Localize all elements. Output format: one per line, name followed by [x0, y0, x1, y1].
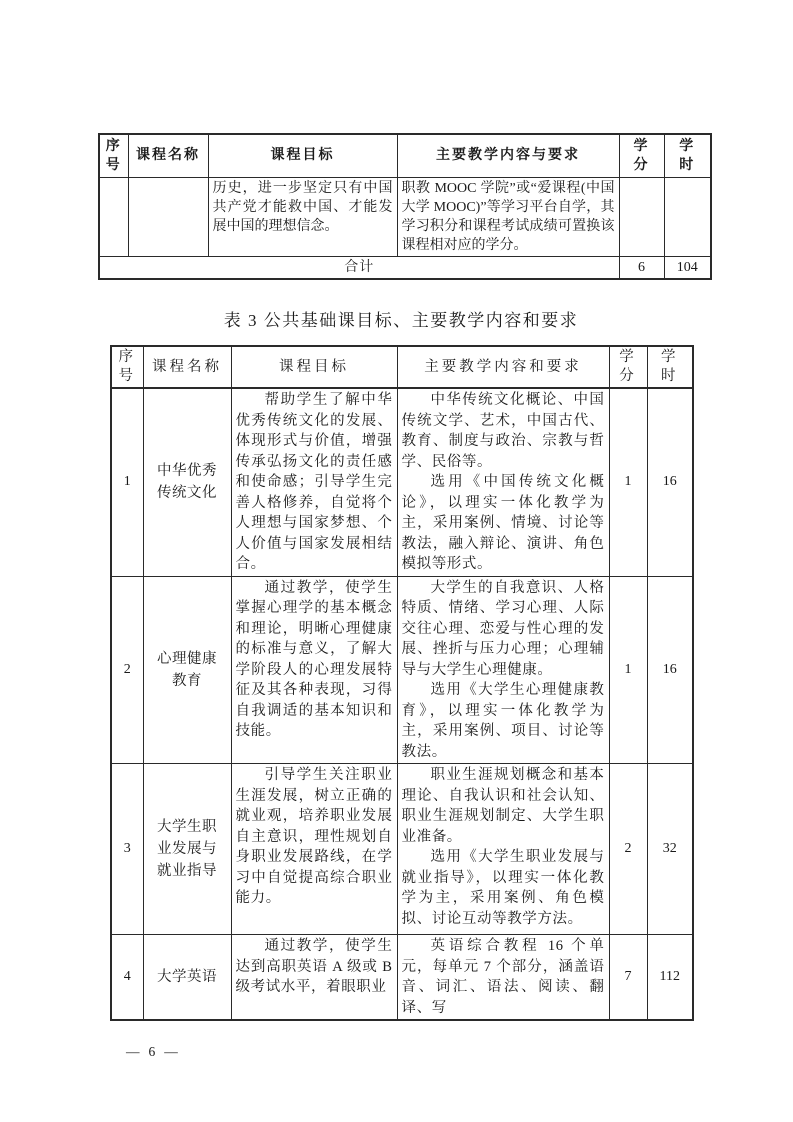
content-paragraph-1: 大学生的自我意识、人格特质、情绪、学习心理、人际交往心理、恋爱与性心理的发展、挫… [402, 578, 605, 681]
teaching-content-cell: 职业生涯规划概念和基本理论、自我认识和社会认知、职业生涯规划制定、大学生职业准备… [397, 764, 609, 935]
teaching-content-cell: 中华传统文化概论、中国传统文学、艺术，中国古代、教育、制度与政治、宗教与哲学、民… [397, 388, 609, 576]
header-course-name: 课程名称 [143, 346, 231, 388]
course-name-cell: 大学生职 业发展与 就业指导 [143, 764, 231, 935]
course-objective-cell: 历史，进一步坚定只有中国共产党才能救中国、才能发展中国的理想信念。 [208, 177, 397, 256]
header-credits: 学 分 [609, 346, 647, 388]
content-paragraph-1: 英语综合教程 16 个单元，每单元 7 个部分，涵盖语音、词汇、语法、阅读、翻译… [402, 936, 605, 1018]
course-name-cell: 中华优秀 传统文化 [143, 388, 231, 576]
hours-cell: 112 [647, 935, 693, 1021]
total-label: 合计 [99, 256, 619, 279]
hours-cell: 16 [647, 576, 693, 764]
credits-cell: 7 [609, 935, 647, 1021]
header-teaching-content: 主要教学内容与要求 [397, 134, 619, 177]
table-header-row: 序 号 课程名称 课程目标 主要教学内容和要求 学 分 学 时 [111, 346, 693, 388]
credits-cell: 2 [609, 764, 647, 935]
footer-dash-right: — [164, 1044, 178, 1060]
course-objective-cell: 引导学生关注职业生涯发展，树立正确的就业观，培养职业发展自主意识，理性规划自身职… [231, 764, 397, 935]
seq-cell: 3 [111, 764, 143, 935]
credits-cell: 1 [609, 388, 647, 576]
course-objective-cell: 帮助学生了解中华优秀传统文化的发展、体现形式与价值，增强传承弘扬文化的责任感和使… [231, 388, 397, 576]
seq-cell: 2 [111, 576, 143, 764]
course-name-cell: 大学英语 [143, 935, 231, 1021]
content-paragraph-2: 选用《中国传统文化概论》，以理实一体化教学为主，采用案例、情境、讨论等教法，融入… [402, 472, 605, 575]
header-credits: 学 分 [619, 134, 664, 177]
teaching-content-cell: 大学生的自我意识、人格特质、情绪、学习心理、人际交往心理、恋爱与性心理的发展、挫… [397, 576, 609, 764]
page-footer: — 6 — [126, 1044, 178, 1060]
footer-dash-left: — [126, 1044, 140, 1060]
content-paragraph-2: 选用《大学生心理健康教育》，以理实一体化教学为主，采用案例、项目、讨论等教法。 [402, 680, 605, 762]
continuation-table: 序 号 课程名称 课程目标 主要教学内容与要求 学 分 学 时 历史，进一步坚定… [98, 133, 712, 280]
course-name-cell-empty [128, 177, 208, 256]
header-course-objective: 课程目标 [231, 346, 397, 388]
content-paragraph-1: 职业生涯规划概念和基本理论、自我认识和社会认知、职业生涯规划制定、大学生职业准备… [402, 765, 605, 847]
document-page: 序 号 课程名称 课程目标 主要教学内容与要求 学 分 学 时 历史，进一步坚定… [0, 0, 793, 1122]
content-paragraph-2: 选用《大学生职业发展与就业指导》，以理实一体化教学为主，采用案例、角色模拟、讨论… [402, 847, 605, 929]
seq-cell: 4 [111, 935, 143, 1021]
total-row: 合计 6 104 [99, 256, 711, 279]
objective-text: 历史，进一步坚定只有中国共产党才能救中国、才能发展中国的理想信念。 [213, 179, 393, 236]
teaching-content-cell: 职教 MOOC 学院”或“爱课程(中国大学 MOOC)”等学习平台自学，其学习积… [397, 177, 619, 256]
total-hours: 104 [664, 256, 711, 279]
course-name-cell: 心理健康 教育 [143, 576, 231, 764]
header-course-name: 课程名称 [128, 134, 208, 177]
total-credits: 6 [619, 256, 664, 279]
objective-text: 引导学生关注职业生涯发展，树立正确的就业观，培养职业发展自主意识，理性规划自身职… [236, 765, 393, 909]
seq-cell-empty [99, 177, 128, 256]
objective-text: 通过教学，使学生达到高职英语 A 级或 B 级考试水平，着眼职业 [236, 936, 393, 998]
credits-cell-empty [619, 177, 664, 256]
header-hours: 学 时 [647, 346, 693, 388]
hours-cell-empty [664, 177, 711, 256]
table-header-row: 序 号 课程名称 课程目标 主要教学内容与要求 学 分 学 时 [99, 134, 711, 177]
course-objective-cell: 通过教学，使学生达到高职英语 A 级或 B 级考试水平，着眼职业 [231, 935, 397, 1021]
objective-text: 通过教学，使学生掌握心理学的基本概念和理论，明晰心理健康的标准与意义，了解大学阶… [236, 578, 393, 742]
table3: 序 号 课程名称 课程目标 主要教学内容和要求 学 分 学 时 1 中华优秀 传… [110, 345, 694, 1021]
teaching-content-cell: 英语综合教程 16 个单元，每单元 7 个部分，涵盖语音、词汇、语法、阅读、翻译… [397, 935, 609, 1021]
hours-cell: 32 [647, 764, 693, 935]
table-row: 历史，进一步坚定只有中国共产党才能救中国、才能发展中国的理想信念。 职教 MOO… [99, 177, 711, 256]
credits-cell: 1 [609, 576, 647, 764]
header-hours: 学 时 [664, 134, 711, 177]
content-text: 职教 MOOC 学院”或“爱课程(中国大学 MOOC)”等学习平台自学，其学习积… [402, 179, 615, 255]
table-row-4: 4 大学英语 通过教学，使学生达到高职英语 A 级或 B 级考试水平，着眼职业 … [111, 935, 693, 1021]
table-row-2: 2 心理健康 教育 通过教学，使学生掌握心理学的基本概念和理论，明晰心理健康的标… [111, 576, 693, 764]
header-course-objective: 课程目标 [208, 134, 397, 177]
content-paragraph-1: 中华传统文化概论、中国传统文学、艺术，中国古代、教育、制度与政治、宗教与哲学、民… [402, 390, 605, 472]
page-number: 6 [149, 1044, 156, 1060]
hours-cell: 16 [647, 388, 693, 576]
header-seq: 序 号 [99, 134, 128, 177]
course-objective-cell: 通过教学，使学生掌握心理学的基本概念和理论，明晰心理健康的标准与意义，了解大学阶… [231, 576, 397, 764]
header-seq: 序 号 [111, 346, 143, 388]
table-row-3: 3 大学生职 业发展与 就业指导 引导学生关注职业生涯发展，树立正确的就业观，培… [111, 764, 693, 935]
table3-title: 表 3 公共基础课目标、主要教学内容和要求 [110, 306, 692, 331]
seq-cell: 1 [111, 388, 143, 576]
objective-text: 帮助学生了解中华优秀传统文化的发展、体现形式与价值，增强传承弘扬文化的责任感和使… [236, 390, 393, 575]
table-row-1: 1 中华优秀 传统文化 帮助学生了解中华优秀传统文化的发展、体现形式与价值，增强… [111, 388, 693, 576]
header-teaching-content: 主要教学内容和要求 [397, 346, 609, 388]
